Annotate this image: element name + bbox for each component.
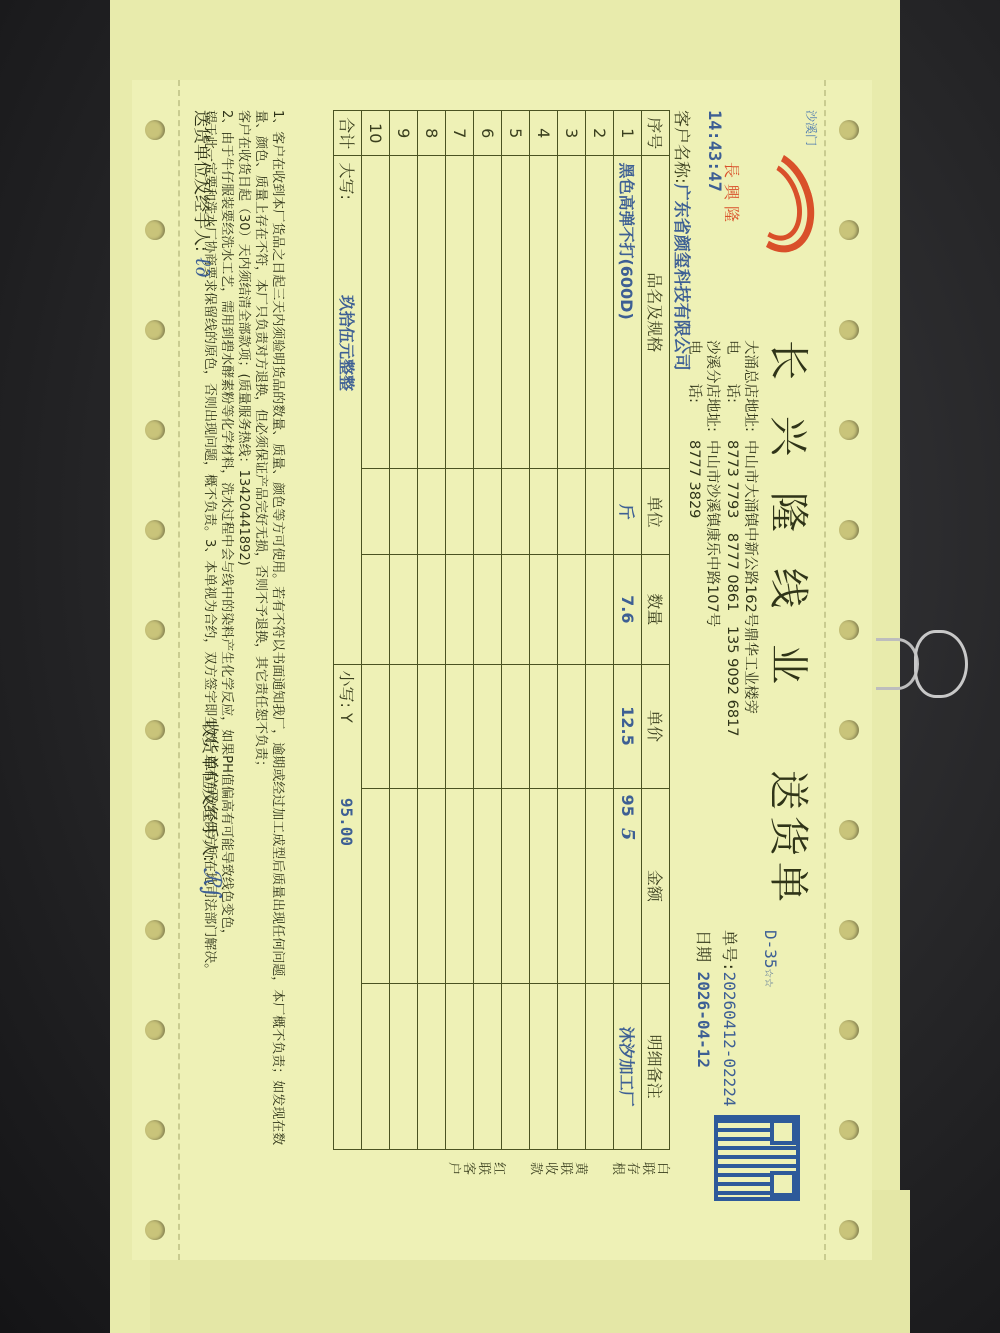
copy-label-red: 红联客户 [446,1162,506,1180]
table-row: 2 [586,111,614,1150]
feed-hole [839,420,859,440]
form-body: 沙溪门 長興隆 14:43:47 长兴隆线业 送货单 大涌总店地址:中山市大涌镇… [180,110,820,1230]
receiver-signature-field[interactable]: 收货单位及经手人: ℛ∫ [198,720,226,899]
table-row: 7 [446,111,474,1150]
company-name: 长兴隆线业 [763,340,820,720]
feed-hole [145,920,165,940]
col-header-unit: 单位 [642,469,670,555]
table-row: 4 [530,111,558,1150]
branch-store-address: 沙溪分店地址:中山市沙溪镇康乐中路107号 [703,340,724,627]
feed-hole [145,520,165,540]
order-number: 单号:20260412-02224 [719,930,742,1107]
feed-hole [839,1220,859,1240]
feed-hole [839,220,859,240]
total-lower-value: 95.00 [337,798,356,846]
table-row: 1 黑色高弹不打(600D) 斤 7.6 12.5 95 5 沐汐加工厂 [614,111,642,1150]
handwritten-signature: ℓ∂ [190,257,215,278]
feed-hole [145,820,165,840]
items-table: 序号 品名及规格 单位 数量 单价 金额 明细备注 1 黑色高弹不打(600D)… [333,110,670,1150]
table-row: 8 [418,111,446,1150]
col-header-name: 品名及规格 [642,156,670,469]
table-row: 6 [474,111,502,1150]
feed-hole [145,420,165,440]
copy-label-white: 白联存根 [610,1162,670,1180]
print-time: 14:43:47 [704,110,724,192]
logo-text: 長興隆 [721,162,744,228]
table-row: 3 [558,111,586,1150]
col-header-amount: 金额 [642,788,670,984]
handwritten-signature: ℛ∫ [198,867,226,899]
feed-hole [145,220,165,240]
tractor-feed-strip-top [824,80,872,1260]
total-row: 合计 大写: 玖拾伍元整整 小写: Y 95.00 [334,111,362,1150]
tractor-feed-strip-bottom [132,80,180,1260]
item-qty: 7.6 [614,555,642,664]
feed-hole [145,320,165,340]
item-price: 12.5 [614,664,642,788]
customer-name: 客户名称:广东省颜玺科技有限公司 [671,110,696,371]
main-store-address: 大涌总店地址:中山市大涌镇中新公路162号鼎华工业楼旁 [741,340,762,714]
table-row: 5 [502,111,530,1150]
feed-hole [839,320,859,340]
feed-hole [839,120,859,140]
copy-label-yellow: 黄联收款 [528,1162,588,1180]
col-header-qty: 数量 [642,555,670,664]
table-row: 9 [390,111,418,1150]
handwritten-mark: 5 [617,828,638,841]
sender-signature-field[interactable]: 送货单位及经手人: ℓ∂ [190,110,216,278]
feed-hole [839,520,859,540]
form-code: D-35☆☆ [761,930,780,988]
feed-hole [839,720,859,740]
item-name: 黑色高弹不打(600D) [614,156,642,469]
total-label: 合计 [334,111,362,156]
document-type: 送货单 [763,770,820,908]
feed-hole [145,120,165,140]
qr-code-icon [714,1115,800,1201]
feed-hole [839,1020,859,1040]
total-lower: 小写: Y 95.00 [334,664,362,1149]
table-row: 10 [362,111,390,1150]
order-date: 日期 2026-04-12 [693,930,716,1068]
copy-labels: 白联存根 黄联收款 红联客户 [424,1162,670,1180]
item-unit: 斤 [614,469,642,555]
main-store-phone: 电 话:8773 7793 8777 0861 135 9092 6817 [723,340,744,737]
feed-hole [145,1220,165,1240]
table-header-row: 序号 品名及规格 单位 数量 单价 金额 明细备注 [642,111,670,1150]
feed-hole [839,820,859,840]
col-header-no: 序号 [642,111,670,156]
feed-hole [145,720,165,740]
feed-hole [839,620,859,640]
company-logo: 長興隆 [712,130,812,270]
item-note: 沐汐加工厂 [614,984,642,1150]
feed-hole [839,1120,859,1140]
col-header-note: 明细备注 [642,984,670,1150]
feed-hole [145,620,165,640]
binder-clip-icon [876,620,976,700]
col-header-price: 单价 [642,664,670,788]
item-amount: 95 5 [614,788,642,984]
feed-hole [145,1020,165,1040]
total-upper: 大写: 玖拾伍元整整 [334,156,362,664]
feed-hole [145,1120,165,1140]
total-upper-value: 玖拾伍元整整 [337,295,356,391]
feed-hole [839,920,859,940]
delivery-note: 沙溪门 長興隆 14:43:47 长兴隆线业 送货单 大涌总店地址:中山市大涌镇… [132,80,872,1260]
